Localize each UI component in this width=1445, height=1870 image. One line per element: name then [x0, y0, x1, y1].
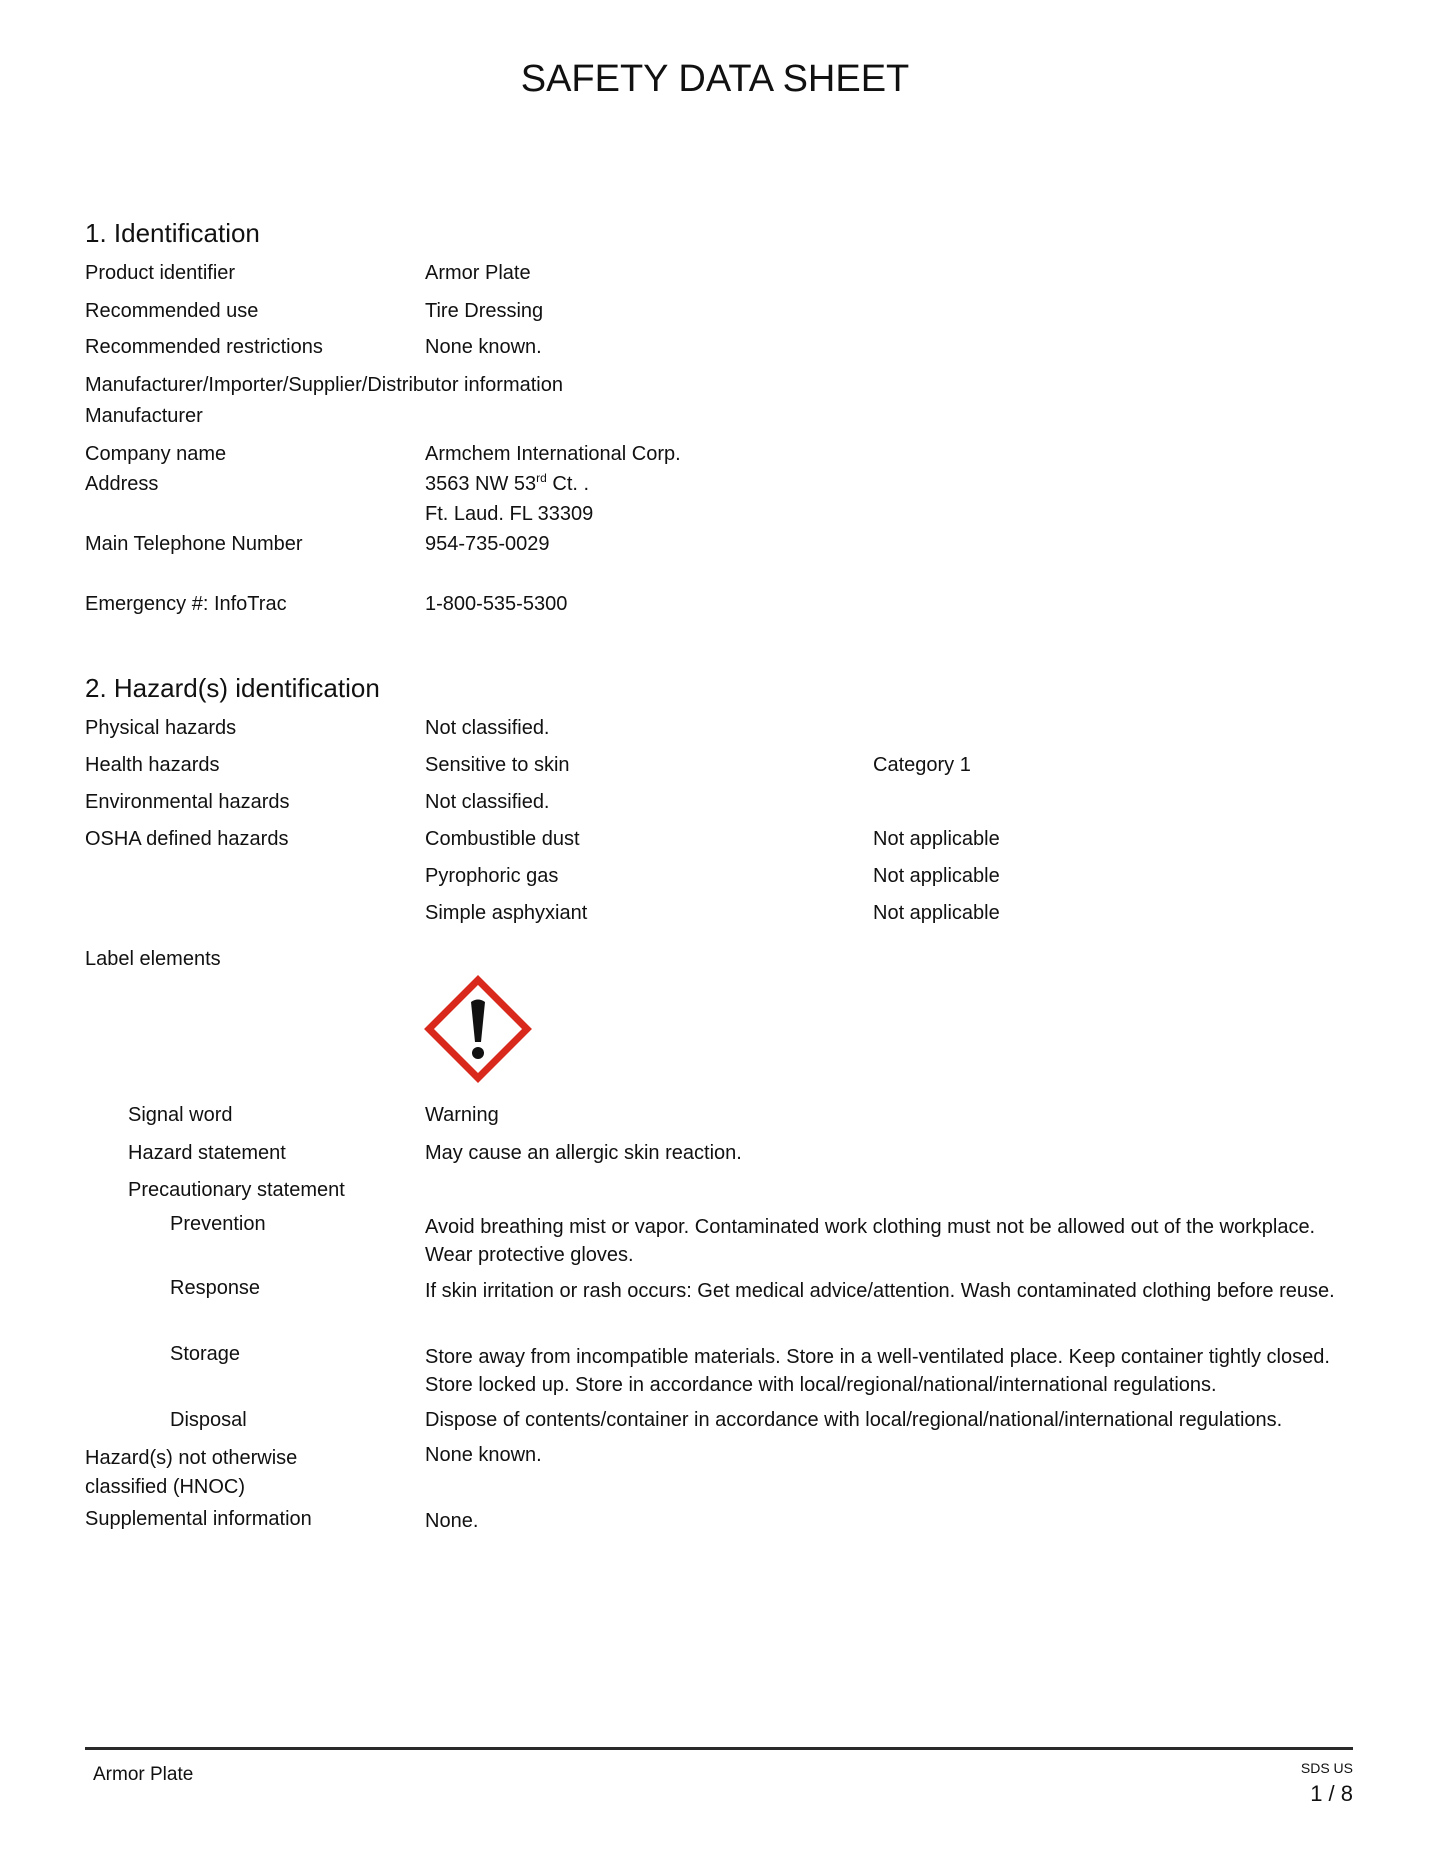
- signal-word-value: Warning: [425, 1104, 499, 1127]
- recommended-use-value: Tire Dressing: [425, 300, 543, 323]
- main-telephone-label: Main Telephone Number: [85, 533, 303, 556]
- response-value: If skin irritation or rash occurs: Get m…: [425, 1277, 1355, 1305]
- document-title: SAFETY DATA SHEET: [0, 58, 1430, 101]
- company-name-label: Company name: [85, 443, 226, 466]
- prevention-label: Prevention: [170, 1213, 266, 1236]
- footer-page-number: 1 / 8: [1310, 1781, 1353, 1807]
- exclamation-mark-pictogram-icon: [424, 975, 532, 1083]
- address-line1: 3563 NW 53rd Ct. .: [425, 473, 589, 496]
- health-hazards-row: Health hazards Sensitive to skin Categor…: [85, 754, 1355, 784]
- response-label: Response: [170, 1277, 260, 1300]
- recommended-use-label: Recommended use: [85, 300, 258, 323]
- osha-hazard-status: Not applicable: [873, 902, 1000, 925]
- storage-row: Storage Store away from incompatible mat…: [85, 1343, 1355, 1373]
- manufacturer-heading: Manufacturer: [85, 405, 203, 428]
- footer-divider: [85, 1747, 1353, 1750]
- prevention-row: Prevention Avoid breathing mist or vapor…: [85, 1213, 1355, 1243]
- supplemental-row: Supplemental information None.: [85, 1508, 1355, 1538]
- environmental-hazards-value: Not classified.: [425, 791, 550, 814]
- hnoc-value: None known.: [425, 1444, 542, 1467]
- address-line1-prefix: 3563 NW 53: [425, 473, 536, 495]
- manufacturer-heading-row: Manufacturer: [85, 405, 1355, 435]
- disposal-value: Dispose of contents/container in accorda…: [425, 1409, 1282, 1432]
- precautionary-statement-row: Precautionary statement: [85, 1179, 1355, 1209]
- recommended-restrictions-row: Recommended restrictions None known.: [85, 336, 1355, 366]
- disposal-label: Disposal: [170, 1409, 247, 1432]
- osha-hazards-row: OSHA defined hazards Combustible dust No…: [85, 828, 1355, 858]
- hnoc-label: Hazard(s) not otherwise classified (HNOC…: [85, 1444, 385, 1502]
- address-line1-superscript: rd: [536, 471, 547, 485]
- section-heading-hazard-identification: 2. Hazard(s) identification: [85, 673, 380, 704]
- health-hazards-label: Health hazards: [85, 754, 220, 777]
- signal-word-label: Signal word: [128, 1104, 233, 1127]
- osha-hazards-row: Simple asphyxiant Not applicable: [85, 902, 1355, 932]
- address-line2: Ft. Laud. FL 33309: [425, 503, 593, 526]
- section-heading-identification: 1. Identification: [85, 218, 260, 249]
- physical-hazards-row: Physical hazards Not classified.: [85, 717, 1355, 747]
- company-name-value: Armchem International Corp.: [425, 443, 681, 466]
- hazard-statement-row: Hazard statement May cause an allergic s…: [85, 1142, 1355, 1172]
- physical-hazards-value: Not classified.: [425, 717, 550, 740]
- physical-hazards-label: Physical hazards: [85, 717, 236, 740]
- osha-hazard-status: Not applicable: [873, 865, 1000, 888]
- storage-value: Store away from incompatible materials. …: [425, 1343, 1355, 1399]
- address-label: Address: [85, 473, 158, 496]
- prevention-value: Avoid breathing mist or vapor. Contamina…: [425, 1213, 1355, 1269]
- address-row: Address 3563 NW 53rd Ct. .: [85, 473, 1355, 503]
- emergency-label: Emergency #: InfoTrac: [85, 593, 287, 616]
- disposal-row: Disposal Dispose of contents/container i…: [85, 1409, 1355, 1439]
- hnoc-row: Hazard(s) not otherwise classified (HNOC…: [85, 1444, 1355, 1474]
- storage-label: Storage: [170, 1343, 240, 1366]
- main-telephone-row: Main Telephone Number 954-735-0029: [85, 533, 1355, 563]
- supplemental-value: None.: [425, 1510, 478, 1533]
- health-hazards-category: Category 1: [873, 754, 971, 777]
- label-elements-label: Label elements: [85, 948, 221, 971]
- environmental-hazards-label: Environmental hazards: [85, 791, 290, 814]
- osha-hazards-row: Pyrophoric gas Not applicable: [85, 865, 1355, 895]
- signal-word-row: Signal word Warning: [85, 1104, 1355, 1134]
- main-telephone-value: 954-735-0029: [425, 533, 550, 556]
- footer-doc-type: SDS US: [1301, 1760, 1353, 1776]
- product-identifier-label: Product identifier: [85, 262, 235, 285]
- health-hazards-value: Sensitive to skin: [425, 754, 570, 777]
- manufacturer-info-heading: Manufacturer/Importer/Supplier/Distribut…: [85, 374, 563, 397]
- label-elements-row: Label elements: [85, 948, 1355, 978]
- osha-hazard-name: Simple asphyxiant: [425, 902, 587, 925]
- recommended-use-row: Recommended use Tire Dressing: [85, 300, 1355, 330]
- manufacturer-info-heading-row: Manufacturer/Importer/Supplier/Distribut…: [85, 374, 1355, 404]
- hazard-statement-label: Hazard statement: [128, 1142, 286, 1165]
- address-line2-row: Ft. Laud. FL 33309: [85, 503, 1355, 533]
- precautionary-statement-label: Precautionary statement: [128, 1179, 345, 1202]
- emergency-value: 1-800-535-5300: [425, 593, 567, 616]
- response-row: Response If skin irritation or rash occu…: [85, 1277, 1355, 1307]
- address-line1-suffix: Ct. .: [547, 473, 589, 495]
- hazard-statement-value: May cause an allergic skin reaction.: [425, 1142, 742, 1165]
- recommended-restrictions-value: None known.: [425, 336, 542, 359]
- supplemental-label: Supplemental information: [85, 1508, 312, 1531]
- environmental-hazards-row: Environmental hazards Not classified.: [85, 791, 1355, 821]
- product-identifier-value: Armor Plate: [425, 262, 531, 285]
- osha-hazards-label: OSHA defined hazards: [85, 828, 288, 851]
- osha-hazard-name: Pyrophoric gas: [425, 865, 558, 888]
- company-name-row: Company name Armchem International Corp.: [85, 443, 1355, 473]
- recommended-restrictions-label: Recommended restrictions: [85, 336, 323, 359]
- osha-hazard-status: Not applicable: [873, 828, 1000, 851]
- emergency-row: Emergency #: InfoTrac 1-800-535-5300: [85, 593, 1355, 623]
- footer-product-name: Armor Plate: [93, 1764, 193, 1786]
- osha-hazard-name: Combustible dust: [425, 828, 580, 851]
- product-identifier-row: Product identifier Armor Plate: [85, 262, 1355, 292]
